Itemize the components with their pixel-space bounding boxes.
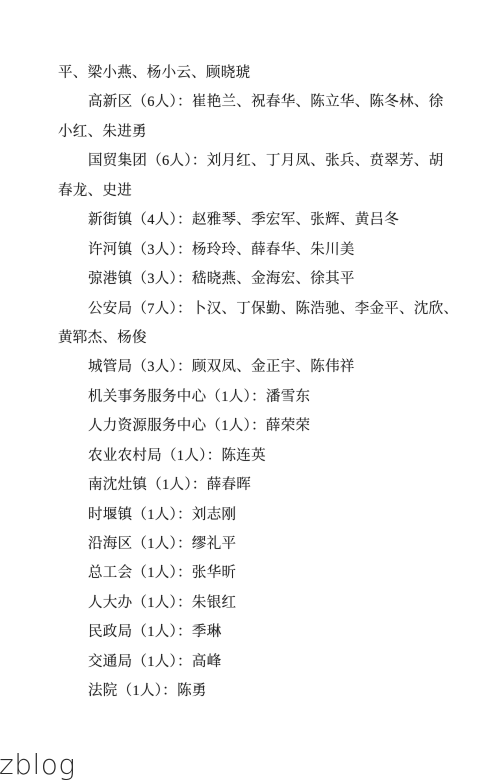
roster-line: 南沈灶镇（1人）：薛春晖 (58, 471, 448, 500)
roster-line: 总工会（1人）：张华昕 (58, 559, 448, 588)
roster-line: 许河镇（3人）：杨玲玲、薛春华、朱川美 (58, 236, 448, 265)
roster-line: 国贸集团（6人）：刘月红、丁月凤、张兵、贲翠芳、胡 (58, 147, 448, 176)
zblog-watermark: zblog (0, 748, 76, 780)
roster-line: 黄郓杰、杨俊 (58, 324, 448, 353)
roster-line: 机关事务服务中心（1人）：潘雪东 (58, 383, 448, 412)
roster-line: 城管局（3人）：顾双凤、金正宇、陈伟祥 (58, 353, 448, 382)
screenshot-root: 平、梁小燕、杨小云、顾晓琥高新区（6人）：崔艳兰、祝春华、陈立华、陈冬林、徐小红… (0, 0, 500, 780)
roster-line: 高新区（6人）：崔艳兰、祝春华、陈立华、陈冬林、徐 (58, 88, 448, 117)
roster-line: 法院（1人）：陈勇 (58, 677, 448, 706)
roster-line: 春龙、史进 (58, 177, 448, 206)
roster-line: 小红、朱进勇 (58, 118, 448, 147)
roster-line: 交通局（1人）：高峰 (58, 648, 448, 677)
roster-line: 沿海区（1人）：缪礼平 (58, 530, 448, 559)
roster-line: 平、梁小燕、杨小云、顾晓琥 (58, 59, 448, 88)
roster-line: 公安局（7人）：卜汉、丁保勤、陈浩驰、李金平、沈欣、 (58, 295, 448, 324)
roster-line: 弶港镇（3人）：嵇晓燕、金海宏、徐其平 (58, 265, 448, 294)
roster-line: 新街镇（4人）：赵雅琴、季宏军、张辉、黄吕冬 (58, 206, 448, 235)
roster-line: 民政局（1人）：季琳 (58, 618, 448, 647)
roster-text-block: 平、梁小燕、杨小云、顾晓琥高新区（6人）：崔艳兰、祝春华、陈立华、陈冬林、徐小红… (58, 59, 448, 707)
roster-line: 人大办（1人）：朱银红 (58, 589, 448, 618)
roster-line: 人力资源服务中心（1人）：薛荣荣 (58, 412, 448, 441)
roster-line: 农业农村局（1人）：陈连英 (58, 442, 448, 471)
roster-line: 时堰镇（1人）：刘志刚 (58, 501, 448, 530)
document-page: 平、梁小燕、杨小云、顾晓琥高新区（6人）：崔艳兰、祝春华、陈立华、陈冬林、徐小红… (0, 0, 500, 780)
